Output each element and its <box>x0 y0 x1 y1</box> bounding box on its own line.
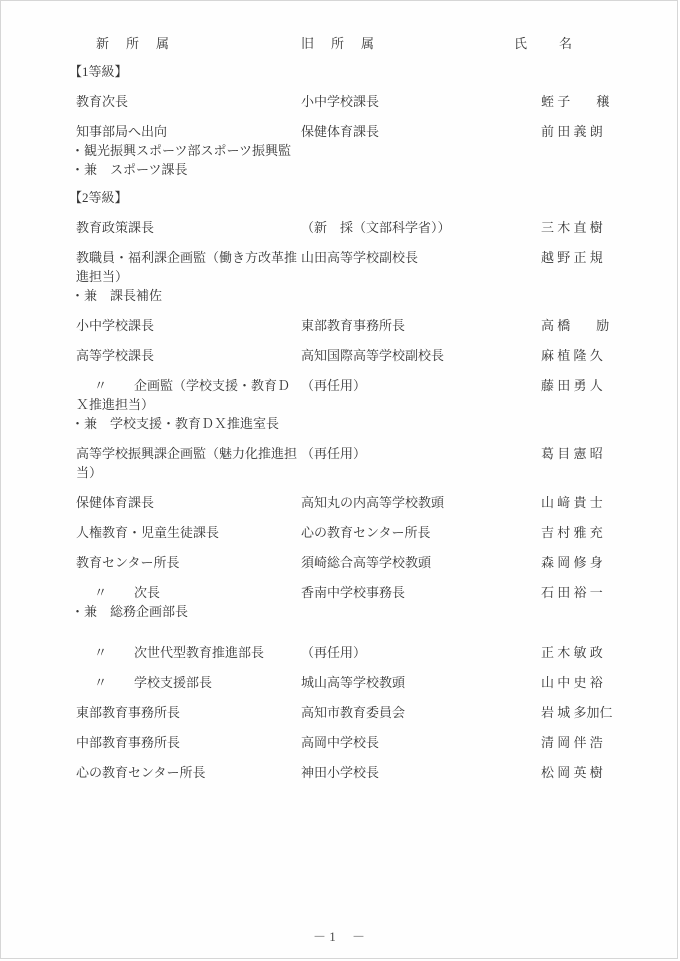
new-post-cell: 知事部局へ出向・観光振興スポーツ部スポーツ振興監・兼 スポーツ課長 <box>76 122 301 179</box>
old-post-cell: 香南中学校事務長 <box>301 583 541 621</box>
table-row: 東部教育事務所長高知市教育委員会岩 城 多加仁 <box>76 703 646 722</box>
rows: 【1等級】教育次長小中学校課長蛭 子 穣知事部局へ出向・観光振興スポーツ部スポー… <box>76 62 646 782</box>
ditto-mark: 〃 <box>94 376 134 395</box>
old-post-cell: 東部教育事務所長 <box>301 316 541 335</box>
old-post-cell: 高知国際高等学校副校長 <box>301 346 541 365</box>
new-post-cell: 〃企画監（学校支援・教育ＤＸ推進担当）・兼 学校支援・教育ＤＸ推進室長 <box>76 376 301 433</box>
old-post-cell: 心の教育センター所長 <box>301 523 541 542</box>
column-header-person-name: 氏 名 <box>514 34 619 53</box>
person-name-cell: 三 木 直 樹 <box>541 218 646 237</box>
old-post-cell: 城山高等学校教頭 <box>301 673 541 692</box>
new-post-cell: 高等学校課長 <box>76 346 301 365</box>
new-post-cell: 中部教育事務所長 <box>76 733 301 752</box>
new-post-title: 教育センター所長 <box>76 553 301 572</box>
table-row: 教育次長小中学校課長蛭 子 穣 <box>76 92 646 111</box>
new-post-title: 〃学校支援部長 <box>76 673 301 692</box>
new-post-title: 教育政策課長 <box>76 218 301 237</box>
table-row: 心の教育センター所長神田小学校長松 岡 英 樹 <box>76 763 646 782</box>
new-post-title: 高等学校振興課企画監（魅力化推進担当） <box>76 444 301 482</box>
ditto-mark: 〃 <box>94 583 134 602</box>
old-post-cell: 高岡中学校長 <box>301 733 541 752</box>
table-row: 小中学校課長東部教育事務所長高 橋 励 <box>76 316 646 335</box>
new-post-cell: 教育次長 <box>76 92 301 111</box>
table-row: 教職員・福利課企画監（働き方改革推進担当）・兼 課長補佐山田高等学校副校長越 野… <box>76 248 646 305</box>
new-post-cell: 東部教育事務所長 <box>76 703 301 722</box>
new-post-cell: 人権教育・児童生徒課長 <box>76 523 301 542</box>
new-post-title: 教育次長 <box>76 92 301 111</box>
ditto-mark: 〃 <box>94 643 134 662</box>
person-name-cell: 正 木 敏 政 <box>541 643 646 662</box>
person-name-cell: 越 野 正 規 <box>541 248 646 305</box>
new-post-title: 教職員・福利課企画監（働き方改革推進担当） <box>76 248 301 286</box>
person-name-cell: 麻 植 隆 久 <box>541 346 646 365</box>
old-post-cell: 保健体育課長 <box>301 122 541 179</box>
table-row: 知事部局へ出向・観光振興スポーツ部スポーツ振興監・兼 スポーツ課長保健体育課長前… <box>76 122 646 179</box>
column-header-row: 新 所 属 旧 所 属 氏 名 <box>76 34 646 53</box>
table-row: 〃次世代型教育推進部長（再任用）正 木 敏 政 <box>76 643 646 662</box>
new-post-title: 心の教育センター所長 <box>76 763 301 782</box>
table-row: 〃企画監（学校支援・教育ＤＸ推進担当）・兼 学校支援・教育ＤＸ推進室長（再任用）… <box>76 376 646 433</box>
document-content: 新 所 属 旧 所 属 氏 名 【1等級】教育次長小中学校課長蛭 子 穣知事部局… <box>1 1 646 782</box>
table-row: 中部教育事務所長高岡中学校長清 岡 伴 浩 <box>76 733 646 752</box>
new-post-cell: 保健体育課長 <box>76 493 301 512</box>
new-post-title: 中部教育事務所長 <box>76 733 301 752</box>
old-post-cell: 高知丸の内高等学校教頭 <box>301 493 541 512</box>
new-post-title: 東部教育事務所長 <box>76 703 301 722</box>
new-post-cell: 〃次長・兼 総務企画部長 <box>76 583 301 621</box>
new-post-title: 知事部局へ出向 <box>76 122 301 141</box>
new-post-cell: 教育政策課長 <box>76 218 301 237</box>
new-post-title: 〃次世代型教育推進部長 <box>76 643 301 662</box>
table-row: 人権教育・児童生徒課長心の教育センター所長吉 村 雅 充 <box>76 523 646 542</box>
old-post-cell: 須崎総合高等学校教頭 <box>301 553 541 572</box>
table-row: 〃学校支援部長城山高等学校教頭山 中 史 裕 <box>76 673 646 692</box>
new-post-title: 保健体育課長 <box>76 493 301 512</box>
new-post-cell: 〃学校支援部長 <box>76 673 301 692</box>
person-name-cell: 石 田 裕 一 <box>541 583 646 621</box>
person-name-cell: 高 橋 励 <box>541 316 646 335</box>
person-name-cell: 葛 目 憲 昭 <box>541 444 646 482</box>
table-row: 教育センター所長須崎総合高等学校教頭森 岡 修 身 <box>76 553 646 572</box>
document-page: 新 所 属 旧 所 属 氏 名 【1等級】教育次長小中学校課長蛭 子 穣知事部局… <box>0 0 678 959</box>
concurrent-post-line: ・観光振興スポーツ部スポーツ振興監 <box>71 141 301 160</box>
person-name-cell: 藤 田 勇 人 <box>541 376 646 433</box>
column-header-old-post: 旧 所 属 <box>301 34 541 53</box>
old-post-cell: （新 採（文部科学省）） <box>301 218 541 237</box>
table-row: 〃次長・兼 総務企画部長香南中学校事務長石 田 裕 一 <box>76 583 646 621</box>
new-post-title: 高等学校課長 <box>76 346 301 365</box>
old-post-cell: 小中学校課長 <box>301 92 541 111</box>
old-post-cell: （再任用） <box>301 643 541 662</box>
new-post-title: 〃次長 <box>76 583 301 602</box>
grade-section-label: 【2等級】 <box>69 188 646 207</box>
concurrent-post-line: ・兼 課長補佐 <box>71 286 301 305</box>
old-post-cell: 高知市教育委員会 <box>301 703 541 722</box>
person-name-cell: 山 﨑 貴 士 <box>541 493 646 512</box>
table-row: 高等学校振興課企画監（魅力化推進担当）（再任用）葛 目 憲 昭 <box>76 444 646 482</box>
new-post-cell: 心の教育センター所長 <box>76 763 301 782</box>
concurrent-post-line: ・兼 スポーツ課長 <box>71 160 301 179</box>
person-name-cell: 松 岡 英 樹 <box>541 763 646 782</box>
new-post-cell: 教育センター所長 <box>76 553 301 572</box>
new-post-cell: 小中学校課長 <box>76 316 301 335</box>
ditto-mark: 〃 <box>94 673 134 692</box>
new-post-cell: 高等学校振興課企画監（魅力化推進担当） <box>76 444 301 482</box>
person-name-cell: 前 田 義 朗 <box>541 122 646 179</box>
old-post-cell: （再任用） <box>301 376 541 433</box>
old-post-cell: （再任用） <box>301 444 541 482</box>
grade-section-label: 【1等級】 <box>69 62 646 81</box>
page-number: － 1 － <box>1 927 677 946</box>
table-row: 高等学校課長高知国際高等学校副校長麻 植 隆 久 <box>76 346 646 365</box>
new-post-title: 〃企画監（学校支援・教育ＤＸ推進担当） <box>76 376 301 414</box>
new-post-title: 人権教育・児童生徒課長 <box>76 523 301 542</box>
person-name-cell: 清 岡 伴 浩 <box>541 733 646 752</box>
column-header-new-post: 新 所 属 <box>76 34 301 53</box>
old-post-cell: 神田小学校長 <box>301 763 541 782</box>
person-name-cell: 山 中 史 裕 <box>541 673 646 692</box>
new-post-cell: 〃次世代型教育推進部長 <box>76 643 301 662</box>
new-post-cell: 教職員・福利課企画監（働き方改革推進担当）・兼 課長補佐 <box>76 248 301 305</box>
person-name-cell: 蛭 子 穣 <box>541 92 646 111</box>
person-name-cell: 吉 村 雅 充 <box>541 523 646 542</box>
table-row: 教育政策課長（新 採（文部科学省））三 木 直 樹 <box>76 218 646 237</box>
concurrent-post-line: ・兼 学校支援・教育ＤＸ推進室長 <box>71 414 301 433</box>
old-post-cell: 山田高等学校副校長 <box>301 248 541 305</box>
person-name-cell: 森 岡 修 身 <box>541 553 646 572</box>
person-name-cell: 岩 城 多加仁 <box>541 703 646 722</box>
concurrent-post-line: ・兼 総務企画部長 <box>71 602 301 621</box>
new-post-title: 小中学校課長 <box>76 316 301 335</box>
table-row: 保健体育課長高知丸の内高等学校教頭山 﨑 貴 士 <box>76 493 646 512</box>
